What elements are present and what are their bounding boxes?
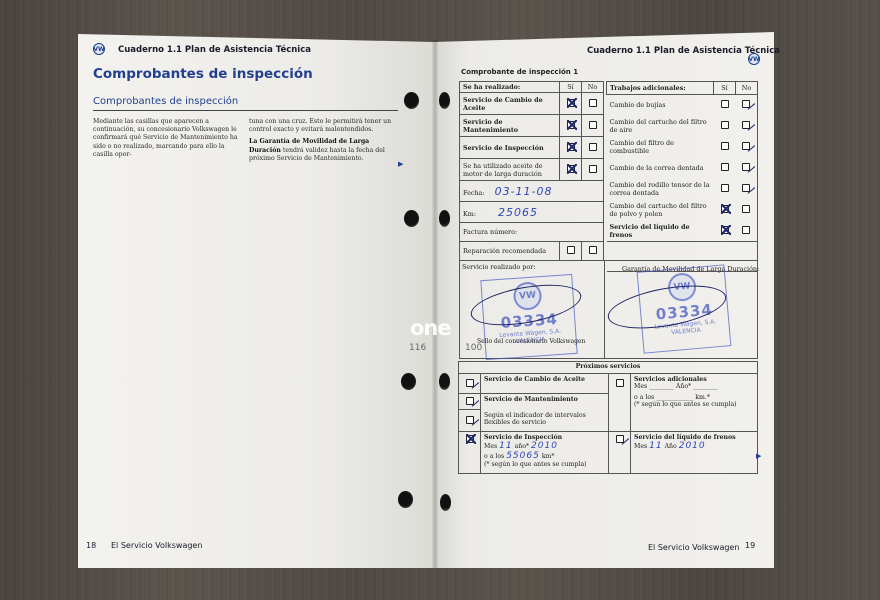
additional-table: Trabajos adicionales: Sí No Cambio de bu…	[606, 81, 758, 272]
form-title: Comprobante de inspección 1	[461, 68, 578, 76]
next-flexible-label: Según el indicador de intervalos flexibl…	[481, 410, 609, 432]
overlay-page-number-right: 100	[465, 343, 482, 353]
additional-header: Trabajos adicionales:	[607, 82, 714, 95]
watermark-logo: one	[410, 316, 451, 340]
continue-arrow-icon: ▶	[756, 452, 761, 460]
col-si-label: Sí	[560, 82, 582, 93]
additional-row: Cambio de bujías	[607, 95, 758, 116]
factura-label: Factura número:	[463, 228, 517, 236]
additional-row-label: Cambio del cartucho del filtro de polvo …	[607, 200, 714, 221]
page-title: Comprobantes de inspección	[93, 66, 313, 82]
km-suffix: km*	[542, 453, 555, 460]
col-si-label: Sí	[714, 82, 736, 95]
next-inspection-month[interactable]: 11	[499, 441, 512, 451]
additional-row: Servicio del líquido de frenos	[607, 221, 758, 242]
book-spine	[432, 40, 438, 568]
binder-hole	[439, 92, 450, 109]
additional-si-checkbox[interactable]	[721, 205, 729, 213]
vw-logo-icon: VW	[93, 43, 105, 55]
additional-row: Cambio del filtro de combustible	[607, 137, 758, 158]
mes-label: Mes	[484, 443, 497, 450]
body-column-2-text-a: tuna con una cruz. Esto le permitirá ten…	[249, 118, 391, 133]
ano-label: Año*	[676, 383, 691, 390]
km-value[interactable]: 25065	[498, 206, 538, 219]
performed-row-label: Servicio de Inspección	[460, 137, 560, 159]
additional-row-label: Cambio de la correa dentada	[607, 158, 714, 179]
next-flexible-checkbox[interactable]	[466, 416, 474, 424]
additional-no-checkbox[interactable]	[742, 184, 750, 192]
binder-hole	[398, 491, 413, 508]
performed-no-checkbox[interactable]	[589, 165, 597, 173]
section-subtitle: Comprobantes de inspección	[93, 96, 238, 107]
additional-row-label: Cambio del filtro de combustible	[607, 137, 714, 158]
left-running-head: Cuaderno 1.1 Plan de Asistencia Técnica	[118, 45, 311, 55]
km-prefix: o a los	[634, 394, 654, 401]
next-inspection-year[interactable]: 2010	[531, 441, 558, 451]
performed-si-checkbox[interactable]	[567, 165, 575, 173]
next-additional-note: (* según lo que antes se cumpla)	[634, 401, 754, 408]
km-prefix: o a los	[484, 453, 504, 460]
next-inspection-cell: Servicio de Inspección Mes 11 año* 2010 …	[481, 432, 609, 474]
continue-arrow-icon: ▶	[398, 160, 403, 168]
fecha-row: Fecha: 03-11-08	[460, 181, 604, 202]
performed-row: Servicio de Inspección	[460, 137, 604, 159]
next-oil-checkbox[interactable]	[466, 379, 474, 387]
additional-no-checkbox[interactable]	[742, 100, 750, 108]
next-maintenance-checkbox[interactable]	[466, 397, 474, 405]
stamp-divider	[604, 260, 605, 359]
additional-row-label: Cambio de bujías	[607, 95, 714, 116]
servicio-realizado-label: Servicio realizado por:	[462, 263, 535, 271]
col-no-label: No	[582, 82, 604, 93]
additional-row: Cambio de la correa dentada	[607, 158, 758, 179]
left-page-number: 18	[86, 541, 96, 550]
additional-row-label: Servicio del líquido de frenos	[607, 221, 714, 242]
overlay-page-number-left: 116	[409, 343, 426, 353]
km-suffix: km.*	[695, 394, 710, 401]
ano-label: año*	[515, 443, 530, 450]
subtitle-rule	[93, 110, 398, 111]
additional-si-checkbox[interactable]	[721, 121, 729, 129]
binder-hole	[440, 494, 451, 511]
reparacion-si-checkbox[interactable]	[567, 246, 575, 254]
additional-si-checkbox[interactable]	[721, 226, 729, 234]
reparacion-no-checkbox[interactable]	[589, 246, 597, 254]
next-oil-label: Servicio de Cambio de Aceite	[481, 374, 609, 394]
performed-si-checkbox[interactable]	[567, 143, 575, 151]
additional-si-checkbox[interactable]	[721, 100, 729, 108]
next-inspection-checkbox[interactable]	[466, 435, 474, 443]
binder-hole	[439, 373, 450, 390]
binder-hole	[439, 210, 450, 227]
next-inspection-km[interactable]: 55065	[506, 451, 540, 461]
binder-hole	[401, 373, 416, 390]
mes-label: Mes	[634, 383, 647, 390]
reparacion-label: Reparación recomendada	[460, 242, 560, 261]
body-column-2: tuna con una cruz. Esto le permitirá ten…	[249, 118, 399, 163]
additional-si-checkbox[interactable]	[721, 142, 729, 150]
right-page-number: 19	[745, 541, 755, 550]
performed-row-label: Servicio de Mantenimiento	[460, 115, 560, 137]
additional-no-checkbox[interactable]	[742, 163, 750, 171]
additional-row-label: Cambio del rodillo tensor de la correa d…	[607, 179, 714, 200]
next-brake-year[interactable]: 2010	[679, 441, 706, 451]
performed-row-label: Se ha utilizado aceite de motor de larga…	[460, 159, 560, 181]
additional-row: Cambio del cartucho del filtro de polvo …	[607, 200, 758, 221]
binder-hole	[404, 210, 419, 227]
next-additional-checkbox[interactable]	[616, 379, 624, 387]
additional-row: Cambio del rodillo tensor de la correa d…	[607, 179, 758, 200]
left-page	[78, 32, 434, 568]
performed-row: Se ha utilizado aceite de motor de larga…	[460, 159, 604, 181]
next-maintenance-label: Servicio de Mantenimiento	[481, 394, 609, 410]
col-no-label: No	[736, 82, 758, 95]
next-additional-cell: Servicios adicionales Mes ________ Año* …	[631, 374, 758, 432]
mes-label: Mes	[634, 443, 647, 450]
next-services-table: Próximos servicios Servicio de Cambio de…	[458, 361, 758, 474]
ano-label: Año	[665, 443, 677, 450]
performed-table: Se ha realizado: Sí No Servicio de Cambi…	[459, 81, 604, 261]
additional-si-checkbox[interactable]	[721, 184, 729, 192]
performed-row-label: Servicio de Cambio de Aceite	[460, 93, 560, 115]
next-additional-label: Servicios adicionales	[634, 376, 754, 383]
performed-no-checkbox[interactable]	[589, 121, 597, 129]
next-inspection-note: (* según lo que antes se cumpla)	[484, 461, 605, 468]
next-brake-fluid-label: Servicio del líquido de frenos	[634, 434, 754, 441]
performed-header: Se ha realizado:	[460, 82, 560, 93]
binder-hole	[404, 92, 419, 109]
performed-row: Servicio de Cambio de Aceite	[460, 93, 604, 115]
performed-no-checkbox[interactable]	[589, 143, 597, 151]
vw-logo-icon: VW	[748, 53, 760, 65]
sello-label: Sello del concesionario Volkswagen	[477, 338, 585, 345]
left-footer-text: El Servicio Volkswagen	[111, 541, 202, 550]
performed-row: Servicio de Mantenimiento	[460, 115, 604, 137]
additional-row: Cambio del cartucho del filtro de aire	[607, 116, 758, 137]
additional-row-label: Cambio del cartucho del filtro de aire	[607, 116, 714, 137]
performed-si-checkbox[interactable]	[567, 99, 575, 107]
performed-si-checkbox[interactable]	[567, 121, 575, 129]
next-services-header: Próximos servicios	[459, 362, 758, 374]
fecha-value[interactable]: 03-11-08	[495, 185, 553, 198]
additional-no-checkbox[interactable]	[742, 121, 750, 129]
fecha-label: Fecha:	[463, 189, 485, 197]
additional-no-checkbox[interactable]	[742, 226, 750, 234]
next-inspection-label: Servicio de Inspección	[484, 434, 605, 441]
km-label: Km:	[463, 210, 476, 218]
right-footer-text: El Servicio Volkswagen	[648, 543, 739, 552]
km-row: Km: 25065	[460, 202, 604, 223]
body-column-1: Mediante las casillas que aparecen a con…	[93, 118, 243, 159]
additional-no-checkbox[interactable]	[742, 205, 750, 213]
next-brake-month[interactable]: 11	[649, 441, 662, 451]
additional-si-checkbox[interactable]	[721, 163, 729, 171]
performed-no-checkbox[interactable]	[589, 99, 597, 107]
additional-no-checkbox[interactable]	[742, 142, 750, 150]
factura-row: Factura número:	[460, 223, 604, 242]
next-brake-fluid-checkbox[interactable]	[616, 435, 624, 443]
next-brake-fluid-cell: Servicio del líquido de frenos Mes 11 Añ…	[631, 432, 758, 474]
